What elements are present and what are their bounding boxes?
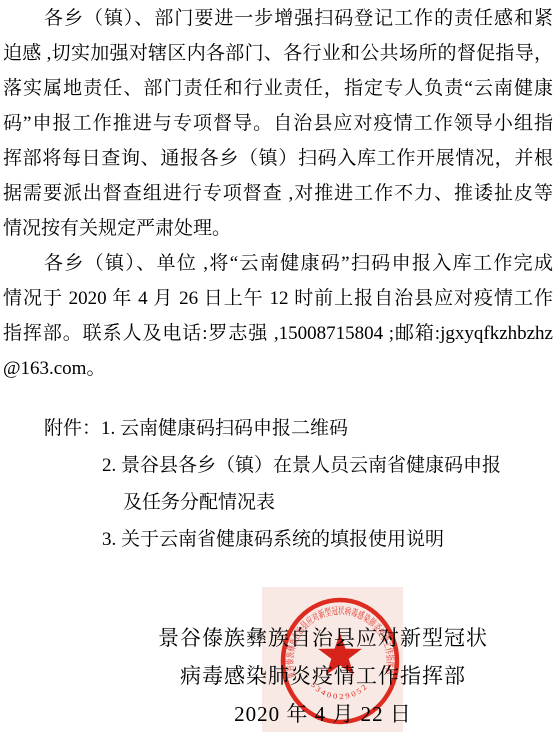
body-line: 各乡（镇）、单位 ,将“云南健康码”扫码申报入库工作完成	[3, 246, 553, 281]
body-line: 迫感 ,切实加强对辖区内各部门、各行业和公共场所的督促指导，	[3, 36, 553, 71]
signature-org-line: 景谷傣族彝族自治县应对新型冠状	[90, 619, 556, 657]
signature-date: 2020 年 4 月 22 日	[90, 695, 556, 733]
attachment-item-continuation: 及任务分配情况表	[3, 484, 553, 521]
body-line: 码”申报工作推进与专项督导。自治县应对疫情工作领导小组指	[3, 106, 553, 141]
body-line: 情况按有关规定严肃处理。	[3, 211, 553, 246]
body-line: 据需要派出督查组进行专项督查 ,对推进工作不力、推诿扯皮等	[3, 176, 553, 211]
body-line: 各乡（镇）、部门要进一步增强扫码登记工作的责任感和紧	[3, 1, 553, 36]
body-line: 落实属地责任、部门责任和行业责任，指定专人负责“云南健康	[3, 71, 553, 106]
body-line: 指挥部。联系人及电话:罗志强 ,15008715804 ;邮箱:jgxyqfkz…	[3, 316, 553, 351]
attachment-list: 附件：1. 云南健康码扫码申报二维码 2. 景谷县各乡（镇）在景人员云南省健康码…	[3, 410, 553, 558]
attachment-item: 3. 关于云南省健康码系统的填报使用说明	[3, 521, 553, 558]
signature-block: 景谷傣族彝族自治县应对新型冠状 病毒感染肺炎疫情工作指挥部 2020 年 4 月…	[90, 619, 556, 733]
body-line: 挥部将每日查询、通报各乡（镇）扫码入库工作开展情况，并根	[3, 141, 553, 176]
attachment-label-line: 附件：1. 云南健康码扫码申报二维码	[3, 410, 553, 447]
attachment-item: 2. 景谷县各乡（镇）在景人员云南省健康码申报	[3, 447, 553, 484]
body-line: @163.com。	[3, 351, 553, 386]
body-line: 情况于 2020 年 4 月 26 日上午 12 时前上报自治县应对疫情工作	[3, 281, 553, 316]
signature-org-line: 病毒感染肺炎疫情工作指挥部	[90, 657, 556, 695]
document-body: 各乡（镇）、部门要进一步增强扫码登记工作的责任感和紧 迫感 ,切实加强对辖区内各…	[3, 1, 553, 386]
